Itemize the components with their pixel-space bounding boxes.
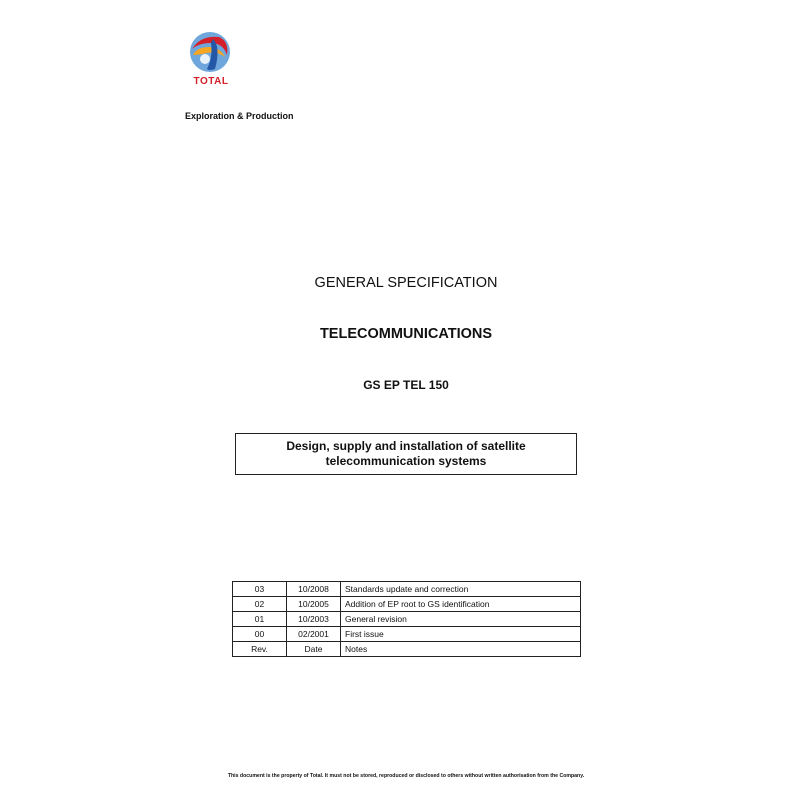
table-row: 02 10/2005 Addition of EP root to GS ide… [233, 597, 581, 612]
notes-cell: General revision [341, 612, 581, 627]
division-label: Exploration & Production [185, 111, 294, 121]
notes-cell: Addition of EP root to GS identification [341, 597, 581, 612]
date-cell: 10/2008 [287, 582, 341, 597]
title-line-2: telecommunication systems [236, 454, 576, 469]
rev-cell: 03 [233, 582, 287, 597]
date-cell: 10/2005 [287, 597, 341, 612]
document-id: GS EP TEL 150 [0, 378, 800, 392]
title-line-1: Design, supply and installation of satel… [236, 439, 576, 454]
document-title-box: Design, supply and installation of satel… [235, 433, 577, 475]
rev-cell: 00 [233, 627, 287, 642]
date-cell: 02/2001 [287, 627, 341, 642]
notes-cell: First issue [341, 627, 581, 642]
table-row: 00 02/2001 First issue [233, 627, 581, 642]
discipline-title: TELECOMMUNICATIONS [0, 326, 800, 342]
notes-header: Notes [341, 642, 581, 657]
revision-table: 03 10/2008 Standards update and correcti… [232, 581, 581, 657]
notes-cell: Standards update and correction [341, 582, 581, 597]
date-header: Date [287, 642, 341, 657]
table-row: 03 10/2008 Standards update and correcti… [233, 582, 581, 597]
table-row: 01 10/2003 General revision [233, 612, 581, 627]
rev-header: Rev. [233, 642, 287, 657]
rev-cell: 01 [233, 612, 287, 627]
total-logo-icon [187, 29, 233, 75]
document-type: GENERAL SPECIFICATION [0, 275, 800, 291]
confidentiality-notice: This document is the property of Total. … [0, 773, 800, 779]
rev-cell: 02 [233, 597, 287, 612]
table-header-row: Rev. Date Notes [233, 642, 581, 657]
logo-text: TOTAL [186, 76, 236, 87]
date-cell: 10/2003 [287, 612, 341, 627]
